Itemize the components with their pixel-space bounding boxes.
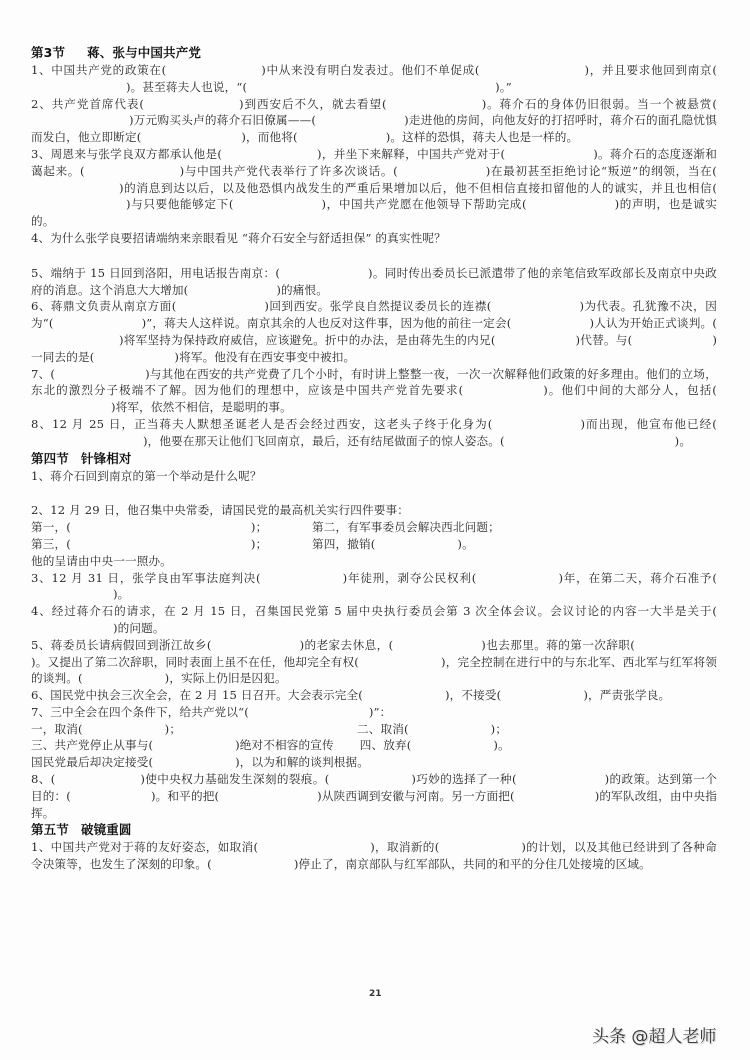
s3-question-1: 1、中国共产党的政策在()中从来没有明白发表过。他们不单促成()，并且要求他回到… (31, 62, 717, 96)
answer-space (31, 484, 717, 502)
s4-question-7-items-row1: 一，取消()； 二、取消()； (31, 721, 717, 738)
s4-question-2-intro: 2、12 月 29 日，他召集中央常委，请国民党的最高机关实行四件要事： (31, 502, 717, 519)
worksheet-content: 第3节蒋、张与中国共产党 1、中国共产党的政策在()中从来没有明白发表过。他们不… (31, 44, 717, 873)
s4-question-6: 6、国民党中执会三次全会，在 2 月 15 日召开。大会表示完全()，不接受()… (31, 687, 717, 704)
s4-question-2-items-row1: 第一，()； 第二，有军事委员会解决西北问题； (31, 519, 717, 536)
page-number: 21 (369, 989, 382, 999)
s4-question-2-items-row2: 第三，()； 第四，撤销()。 (31, 536, 717, 553)
watermark: 头条 @超人老师 (592, 1022, 716, 1047)
s4-question-4: 4、经过蒋介石的请求，在 2 月 15 日，召集国民党第 5 届中央执行委员会第… (31, 603, 717, 637)
answer-space (31, 247, 717, 265)
s4-question-7-items-row2: 三、共产党停止从事与()绝对不相容的宣传四、放弃()。 (31, 737, 717, 754)
s3-question-7: 7、()与其他在西安的共产党费了几个小时，有时讲上整整一夜，一次一次解释他们政策… (31, 366, 717, 416)
s4-question-7-outro: 国民党最后却决定接受()，以为和解的谈判根据。 (31, 754, 717, 771)
s4-question-2-outro: 他的呈请由中央一一照办。 (31, 553, 717, 570)
s3-question-8: 8、12 月 25 日，正当蒋夫人默想圣诞老人是否会经过西安，这老头子终于化身为… (31, 416, 717, 450)
s5-question-1: 1、中国共产党对于蒋的友好姿态，如取消()，取消新的()的计划，以及其他已经讲到… (31, 839, 717, 873)
s4-question-5: 5、蒋委员长请病假回到浙江故乡()的老家去休息，()也去那里。蒋的第一次辞职()… (31, 637, 717, 687)
s3-question-3: 3、周恩来与张学良双方都承认他是()，并坐下来解释，中国共产党对于()。蒋介石的… (31, 146, 717, 230)
s3-question-5: 5、端纳于 15 日回到洛阳，用电话报告南京：()。同时传出委员长已派遣带了他的… (31, 265, 717, 299)
s3-question-6: 6、蒋鼎文负责从南京方面()回到西安。张学良自然提议委员长的连襟()为代表。孔犹… (31, 298, 717, 365)
s3-question-2: 2、共产党首席代表()到西安后不久，就去看望()。蒋介石的身体仍旧很弱。当一个被… (31, 96, 717, 146)
worksheet-page: 第3节蒋、张与中国共产党 1、中国共产党的政策在()中从来没有明白发表过。他们不… (0, 0, 750, 1060)
s4-question-8: 8、()使中央权力基础发生深刻的裂痕。()巧妙的选择了一种()的政策。达到第一个… (31, 771, 717, 821)
section-5-heading: 第五节破镜重圆 (31, 821, 717, 839)
section-4-heading: 第四节针锋相对 (31, 450, 717, 468)
section-3-heading: 第3节蒋、张与中国共产党 (31, 44, 717, 62)
s4-question-3: 3、12 月 31 日，张学良由军事法庭判决()年徒刑，剥夺公民权利()年，在第… (31, 570, 717, 604)
s4-question-7-intro: 7、三中全会在四个条件下，给共产党以“()”： (31, 704, 717, 721)
s4-question-1: 1、蒋介石回到南京的第一个举动是什么呢？ (31, 468, 717, 485)
s3-question-4: 4、为什么张学良要招请端纳来亲眼看见 “蒋介石安全与舒适担保” 的真实性呢？ (31, 230, 717, 247)
